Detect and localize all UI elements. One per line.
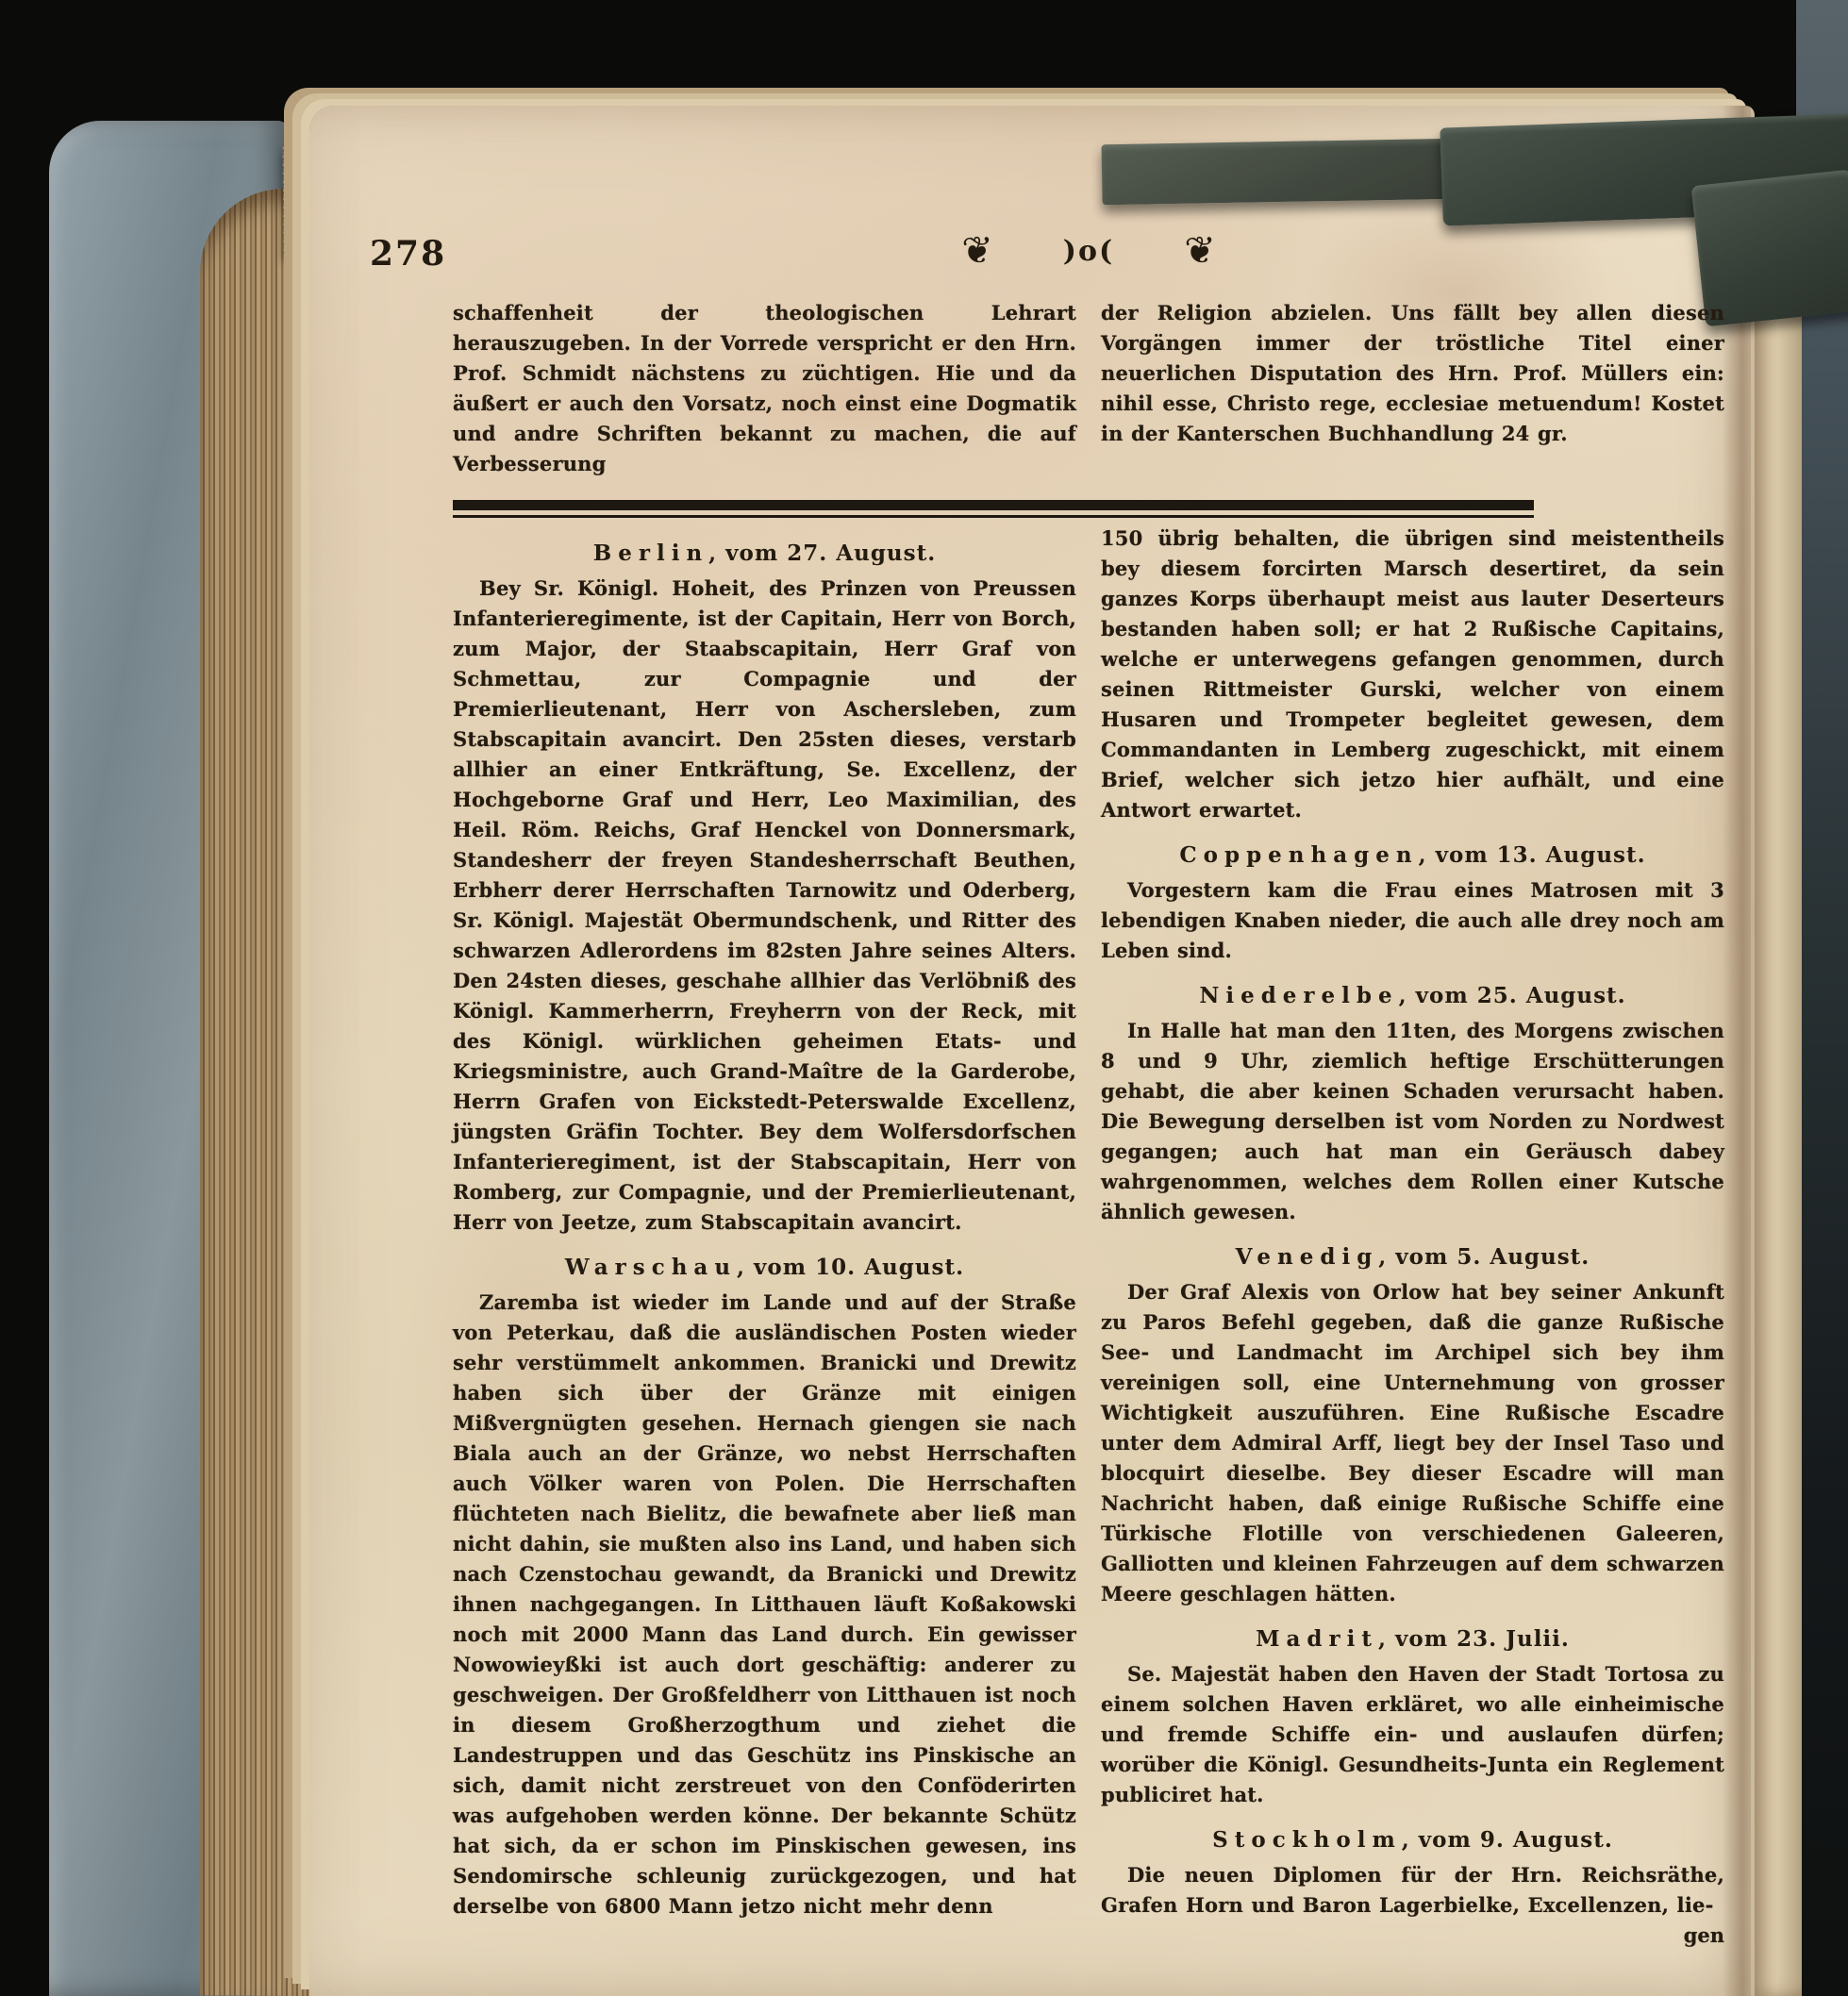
article-body: Der Graf Alexis von Orlow hat bey seiner… [1101, 1277, 1724, 1609]
dateline-date: , vom 13. August. [1419, 842, 1646, 868]
dateline-city: Berlin [593, 541, 708, 566]
article-body: In Halle hat man den 11ten, des Morgens … [1101, 1016, 1724, 1227]
article-heading: Warschau, vom 10. August. [453, 1255, 1076, 1280]
header-ornaments: ❦ )o( ❦ [961, 232, 1215, 270]
dateline-city: Niederelbe [1199, 983, 1398, 1008]
dateline-date: , vom 5. August. [1378, 1244, 1590, 1270]
article-niederelbe: Niederelbe, vom 25. August. In Halle hat… [1101, 983, 1724, 1227]
shell-ornament-icon: ❦ [1184, 232, 1216, 270]
page-number: 278 [370, 234, 446, 274]
article-body: schaffenheit der theologischen Lehrart h… [453, 298, 1076, 479]
dateline-city: Coppenhagen [1179, 842, 1418, 868]
article-body: Se. Majestät haben den Haven der Stadt T… [1101, 1659, 1724, 1810]
dateline-city: Venedig [1236, 1244, 1379, 1270]
shell-ornament-icon: ❦ [961, 232, 993, 270]
dateline-date: , vom 10. August. [737, 1255, 964, 1280]
article-heading: Niederelbe, vom 25. August. [1101, 983, 1724, 1008]
article-warschau: Warschau, vom 10. August. Zaremba ist wi… [453, 1255, 1076, 1921]
article-heading: Coppenhagen, vom 13. August. [1101, 842, 1724, 868]
article-heading: Berlin, vom 27. August. [453, 541, 1076, 566]
article-berlin: Berlin, vom 27. August. Bey Sr. Königl. … [453, 541, 1076, 1238]
binding-cloth [1101, 139, 1460, 206]
dateline-city: Madrit [1256, 1626, 1378, 1652]
article-body: Zaremba ist wieder im Lande und auf der … [453, 1288, 1076, 1921]
article-heading: Madrit, vom 23. Julii. [1101, 1626, 1724, 1652]
dateline-city: Warschau [565, 1255, 737, 1280]
printed-content: 278 ❦ )o( ❦ schaffenheit der theologisch… [453, 226, 1724, 1951]
dateline-date: , vom 23. Julii. [1378, 1626, 1570, 1652]
article-heading: Stockholm, vom 9. August. [1101, 1827, 1724, 1853]
dateline-date: , vom 9. August. [1402, 1827, 1613, 1853]
news-right-column: 150 übrig behalten, die übrigen sind mei… [1101, 524, 1724, 1951]
section-divider [453, 500, 1534, 518]
article-stockholm: Stockholm, vom 9. August. Die neuen Dipl… [1101, 1827, 1724, 1921]
article-body: Vorgestern kam die Frau eines Matrosen m… [1101, 875, 1724, 966]
dateline-city: Stockholm [1212, 1827, 1402, 1853]
catchword: gen [1101, 1921, 1724, 1951]
article-body: Bey Sr. Königl. Hoheit, des Prinzen von … [453, 574, 1076, 1238]
article-coppenhagen: Coppenhagen, vom 13. August. Vorgestern … [1101, 842, 1724, 966]
page-crease [1723, 106, 1751, 1996]
article-madrit: Madrit, vom 23. Julii. Se. Majestät habe… [1101, 1626, 1724, 1810]
article-heading: Venedig, vom 5. August. [1101, 1244, 1724, 1270]
article-body: Die neuen Diplomen für der Hrn. Reichsrä… [1101, 1860, 1724, 1921]
intro-section: schaffenheit der theologischen Lehrart h… [453, 298, 1724, 479]
dateline-date: , vom 27. August. [708, 541, 936, 566]
intro-left-column: schaffenheit der theologischen Lehrart h… [453, 298, 1076, 479]
article-body: der Religion abzielen. Uns fällt bey all… [1101, 298, 1724, 449]
intro-right-column: der Religion abzielen. Uns fällt bey all… [1101, 298, 1724, 479]
article-venedig: Venedig, vom 5. August. Der Graf Alexis … [1101, 1244, 1724, 1609]
dateline-date: , vom 25. August. [1399, 983, 1626, 1008]
news-section: Berlin, vom 27. August. Bey Sr. Königl. … [453, 524, 1724, 1951]
next-page-edge [1747, 245, 1802, 1996]
article-body-continuation: 150 übrig behalten, die übrigen sind mei… [1101, 524, 1724, 825]
scanned-book-page: 278 ❦ )o( ❦ schaffenheit der theologisch… [0, 0, 1848, 1996]
news-left-column: Berlin, vom 27. August. Bey Sr. Königl. … [453, 524, 1076, 1951]
parenthesis-ornament-icon: )o( [1063, 235, 1114, 268]
page-header: 278 ❦ )o( ❦ [453, 226, 1724, 292]
